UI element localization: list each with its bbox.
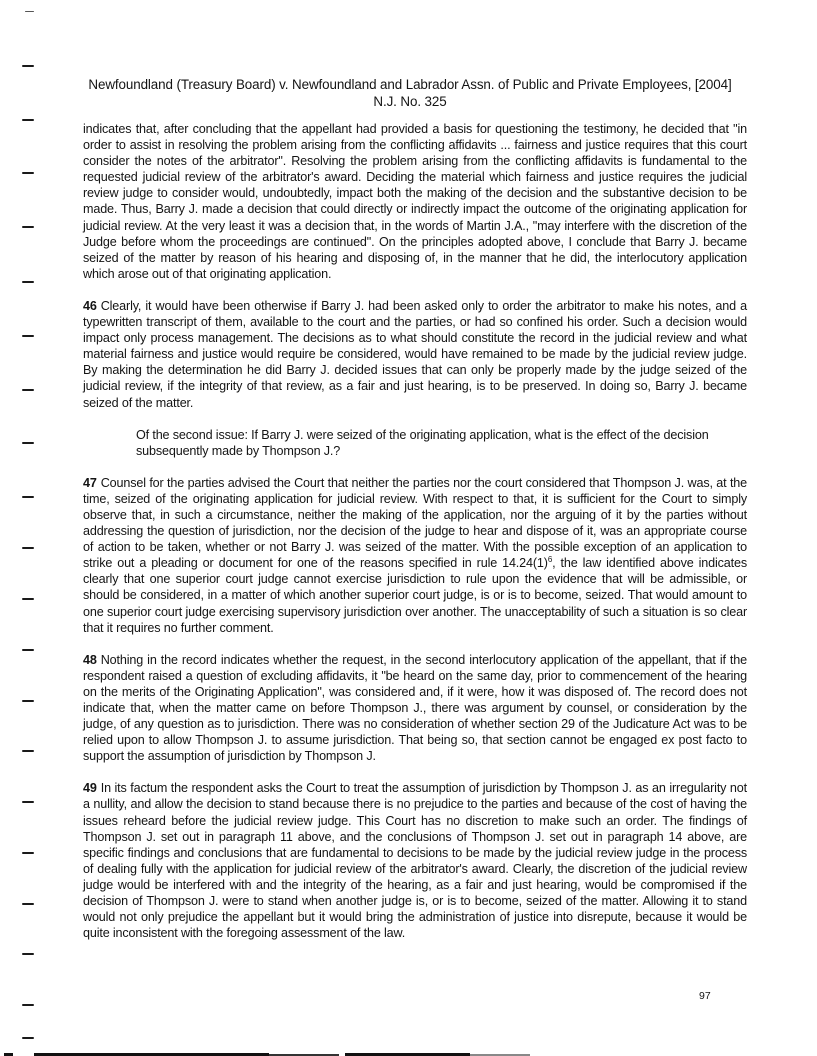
- margin-tick: [22, 496, 34, 498]
- margin-tick-marks: [0, 0, 40, 1056]
- page-number: 97: [699, 990, 711, 1002]
- margin-tick: [22, 1004, 34, 1006]
- margin-tick: [25, 11, 34, 12]
- margin-tick: [22, 65, 34, 67]
- paragraph-text: indicates that, after concluding that th…: [83, 122, 747, 281]
- margin-tick: [22, 1037, 34, 1039]
- document-body: indicates that, after concluding that th…: [83, 121, 747, 957]
- margin-tick: [22, 700, 34, 702]
- case-title: Newfoundland (Treasury Board) v. Newfoun…: [70, 76, 750, 93]
- margin-tick: [22, 953, 34, 955]
- issue-text: Of the second issue: If Barry J. were se…: [136, 428, 709, 458]
- paragraph-number: 46: [83, 299, 97, 313]
- margin-tick: [22, 442, 34, 444]
- margin-tick: [22, 903, 34, 905]
- issue-heading: Of the second issue: If Barry J. were se…: [83, 427, 747, 459]
- margin-tick: [22, 649, 34, 651]
- margin-tick: [22, 547, 34, 549]
- margin-tick: [22, 598, 34, 600]
- margin-tick: [22, 226, 34, 228]
- paragraph-text: In its factum the respondent asks the Co…: [83, 781, 747, 940]
- margin-tick: [22, 281, 34, 283]
- paragraph-49: 49In its factum the respondent asks the …: [83, 780, 747, 941]
- margin-tick: [22, 801, 34, 803]
- paragraph-47: 47Counsel for the parties advised the Co…: [83, 475, 747, 636]
- paragraph-number: 48: [83, 653, 97, 667]
- margin-tick: [22, 852, 34, 854]
- paragraph-48: 48Nothing in the record indicates whethe…: [83, 652, 747, 765]
- document-header: Newfoundland (Treasury Board) v. Newfoun…: [70, 76, 750, 110]
- paragraph-text: Clearly, it would have been otherwise if…: [83, 299, 747, 410]
- paragraph-number: 49: [83, 781, 97, 795]
- margin-tick: [22, 335, 34, 337]
- paragraph-text: Nothing in the record indicates whether …: [83, 653, 747, 764]
- paragraph-number: 47: [83, 476, 97, 490]
- margin-tick: [22, 389, 34, 391]
- case-citation: N.J. No. 325: [70, 93, 750, 110]
- margin-tick: [22, 750, 34, 752]
- paragraph-continued: indicates that, after concluding that th…: [83, 121, 747, 282]
- margin-tick: [22, 119, 34, 121]
- margin-tick: [22, 172, 34, 174]
- paragraph-46: 46Clearly, it would have been otherwise …: [83, 298, 747, 411]
